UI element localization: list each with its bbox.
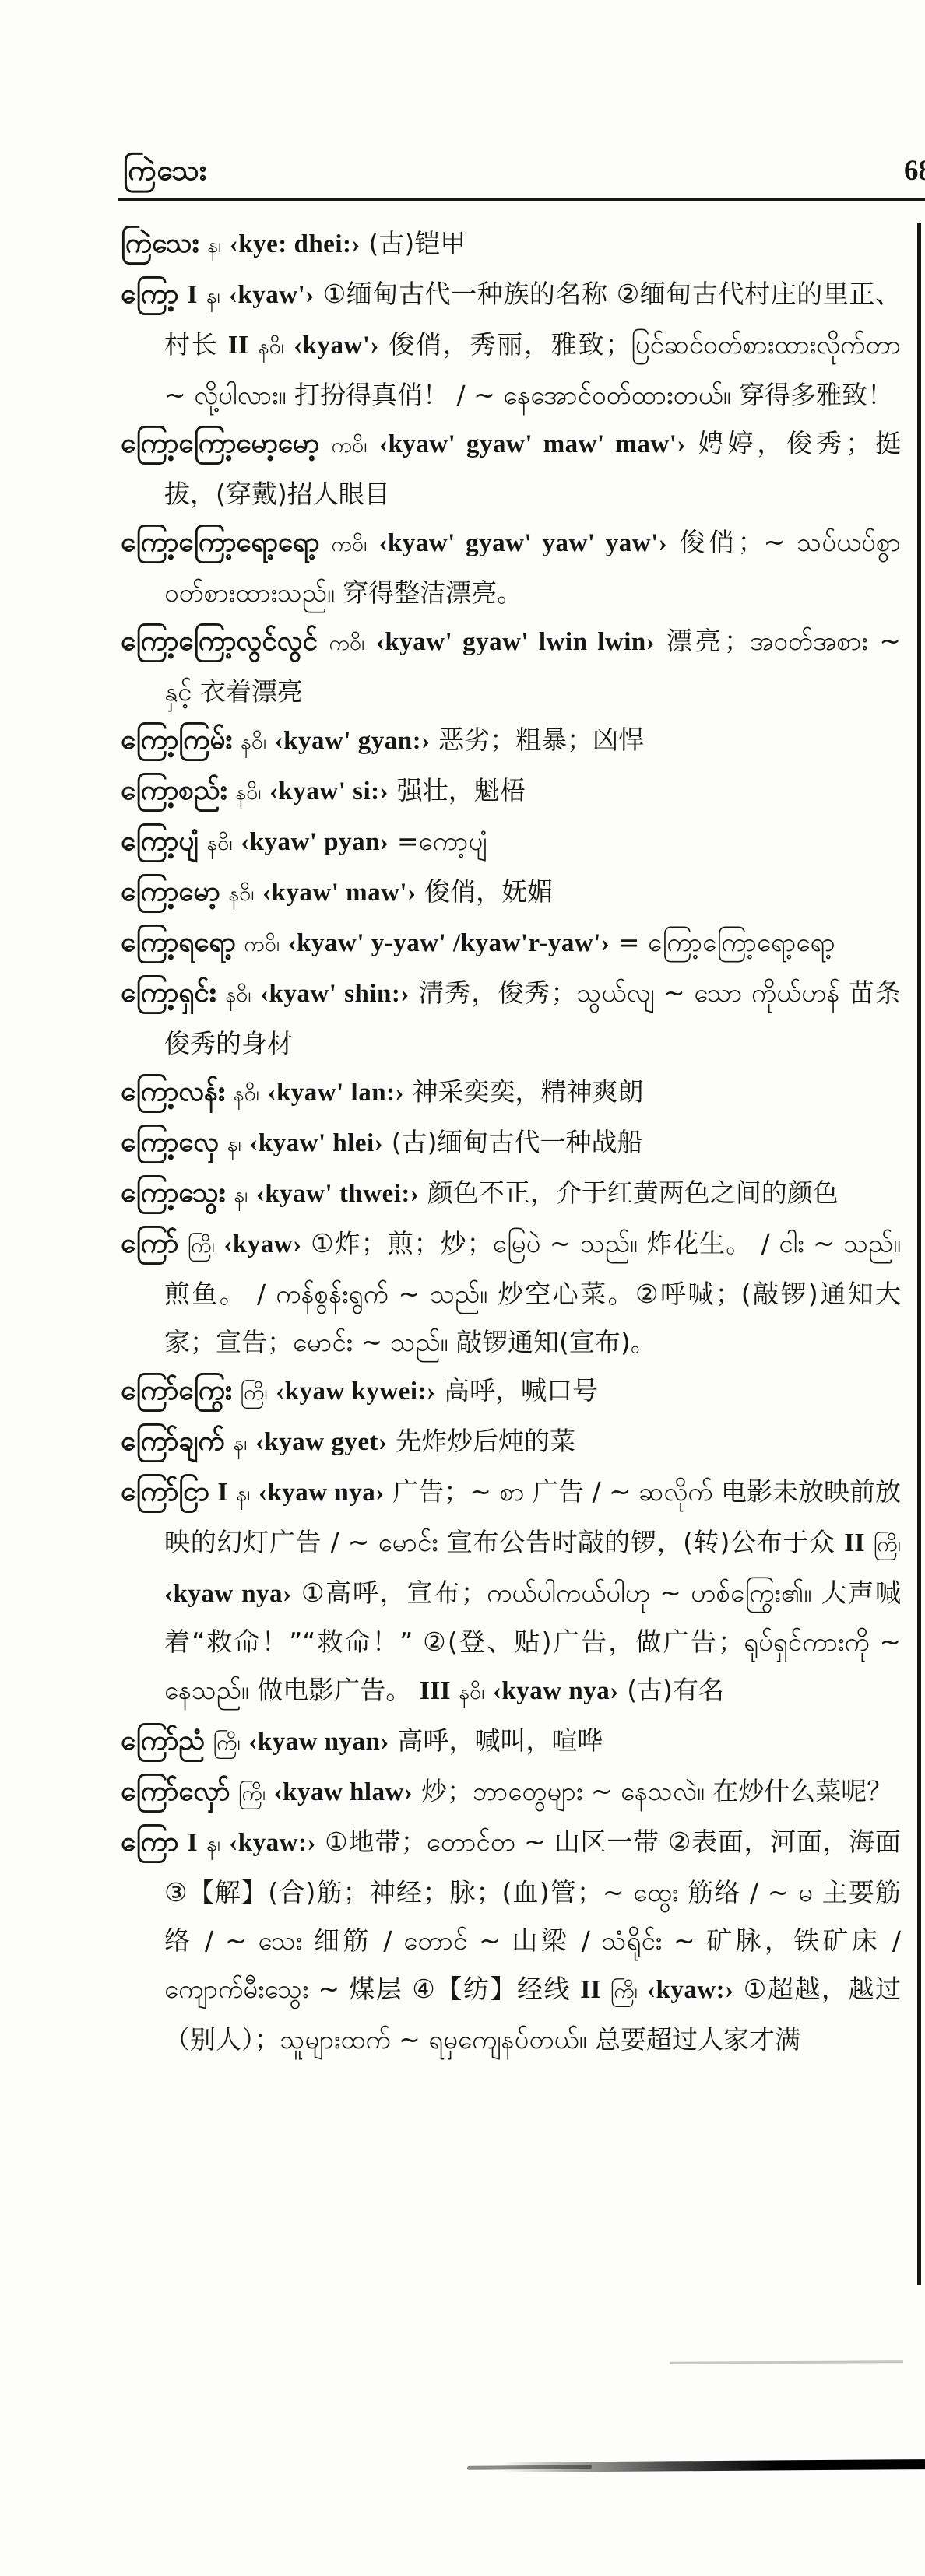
segment-hw: ကြော်ချက် [121,1426,225,1457]
segment-pos: ကြိ၊ [188,1234,215,1258]
dictionary-entry: ကြော့ကြမ်း နဝိ၊ ‹kyaw' gyan:› 恶劣；粗暴；凶悍 [121,716,901,767]
segment-def: 颜色不正，介于红黄两色之间的颜色 [427,1177,839,1208]
segment-pos: ကြိ၊ [213,1731,241,1755]
segment-pron: ‹kyaw:› [229,1829,316,1857]
smudge-mark [502,2459,925,2472]
segment-pron: ‹kyaw' maw'› [262,879,417,907]
segment-pos: န၊ [233,1431,247,1455]
scan-edge-line [917,223,921,2285]
segment-def: 神采奕奕，精神爽朗 [413,1076,644,1107]
segment-pron: ‹kyaw' gyaw' maw' maw'› [379,430,686,458]
segment-def: (古)有名 [627,1675,724,1705]
segment-def: 俊俏，妩媚 [424,876,553,907]
segment-pron: ‹kyaw' lan:› [267,1079,404,1107]
segment-hw: ကြော့သွေး [121,1177,226,1209]
segment-hw: ကြော့ [121,279,178,310]
segment-def: = ကြော့ကြော့ရော့ရော့ [618,927,835,957]
dictionary-entry: ကြော့ I န၊ ‹kyaw'› ①缅甸古代一种族的名称 ②缅甸古代村庄的里… [121,270,901,419]
segment-pron: ‹kyaw' shin:› [260,980,410,1008]
dictionary-entry: ကြော်လှော် ကြိ၊ ‹kyaw hlaw› 炒；ဘာတွေများ … [121,1767,901,1818]
dictionary-entry: ကြော်ညံ ကြိ၊ ‹kyaw nyan› 高呼，喊叫，喧哗 [121,1717,901,1767]
segment-pos: ကဝိ၊ [329,631,364,655]
segment-pos: ကြိ၊ [238,1781,266,1806]
segment-pron: ‹kyaw' si:› [269,777,389,805]
dictionary-entry: ကြော့ကြော့လွင်လွင် ကဝိ၊ ‹kyaw' gyaw' lwi… [121,617,901,716]
segment-num: II [228,331,248,360]
segment-pos: ကဝိ၊ [331,532,367,556]
segment-pron: ‹kye: dhei:› [230,230,361,258]
segment-pron: ‹kyaw' hlei› [249,1129,383,1157]
segment-hw: ကြော့ရှင်း [121,977,216,1009]
segment-pron: ‹kyaw' thwei:› [256,1180,420,1208]
segment-pron: ‹kyaw gyet› [255,1428,388,1456]
segment-hw: ကြော်ကြွေး [121,1375,232,1406]
segment-pron: ‹kyaw'› [294,332,379,360]
dictionary-entry: ကြော့ရှင်း နဝိ၊ ‹kyaw' shin:› 清秀，俊秀；သွယ်… [121,969,901,1068]
dictionary-entry: ကြော့စည်း နဝိ၊ ‹kyaw' si:› 强壮，魁梧 [121,767,901,817]
segment-def: (古)缅甸古代一种战船 [392,1127,643,1157]
dictionary-entry: ကြော့ပျံ နဝိ၊ ‹kyaw' pyan› =ကော့ပျံ [121,817,901,868]
segment-hw: ကြော့မော့ [121,876,220,907]
segment-pos: နဝိ၊ [459,1680,484,1704]
segment-pron: ‹kyaw'› [229,281,315,309]
segment-pos: န၊ [207,233,221,258]
dictionary-entry: ကြော် ကြိ၊ ‹kyaw› ①炸；煎；炒；မြေပဲ ~ သည်။ 炸花… [121,1220,901,1367]
guide-word: ကြဲသေး [123,153,207,195]
segment-pos: နဝိ၊ [206,831,232,855]
dictionary-entry: ကြဲသေး န၊ ‹kye: dhei:› (古)铠甲 [121,219,901,270]
dictionary-entry: ကြော့ကြော့ရော့ရော့ ကဝိ၊ ‹kyaw' gyaw' yaw… [121,518,901,617]
segment-hw: ကြော့ကြော့လွင်လွင် [121,626,318,657]
segment-def: 炒；ဘာတွေများ ~ နေသလဲ။ 在炒什么菜呢？ [421,1776,892,1806]
dictionary-entry: ကြော I န၊ ‹kyaw:› ①地带；တောင်တ ~ 山区一带 ②表面，… [121,1818,901,2064]
page-number: 68 [904,154,925,188]
segment-num: II [844,1528,864,1557]
segment-pron: ‹kyaw hlaw› [274,1778,413,1806]
segment-pos: နဝိ၊ [225,983,251,1007]
segment-pos: ကဝိ၊ [244,932,280,956]
segment-hw: ကြော [121,1827,178,1858]
segment-hw: ကြော်ငြာ [121,1476,209,1507]
segment-hw: ကြော့စည်း [121,775,227,806]
dictionary-entry: ကြော့လန်း နဝိ၊ ‹kyaw' lan:› 神采奕奕，精神爽朗 [121,1068,901,1118]
segment-pos: န၊ [206,284,220,308]
segment-pos: န၊ [234,1183,248,1207]
segment-hw: ကြော့ရရော့ [121,927,236,958]
segment-hw: ကြော့ကြမ်း [121,725,232,756]
segment-def: 高呼，喊叫，喧哗 [397,1725,603,1756]
dictionary-entry: ကြော်ကြွေး ကြိ၊ ‹kyaw kywei:› 高呼，喊口号 [121,1367,901,1417]
dictionary-entry: ကြော့လှေ န၊ ‹kyaw' hlei› (古)缅甸古代一种战船 [121,1118,901,1169]
segment-num: I [217,1478,227,1507]
entries: ကြဲသေး န၊ ‹kye: dhei:› (古)铠甲ကြော့ I န၊ ‹… [121,219,901,2064]
segment-hw: ကြော့လန်း [121,1076,225,1107]
segment-hw: ကြဲသေး [121,228,199,259]
segment-pron: ‹kyaw nyan› [248,1728,389,1756]
segment-def: 高呼，喊口号 [444,1375,598,1406]
segment-pron: ‹kyaw' gyaw' lwin lwin› [376,628,655,656]
segment-pos: န၊ [206,1832,220,1856]
segment-num: I [187,1828,197,1857]
dictionary-entry: ကြော့ကြော့မော့မော့ ကဝိ၊ ‹kyaw' gyaw' maw… [121,419,901,518]
segment-def: 强壮，魁梧 [397,775,526,805]
dictionary-entry: ကြော့ရရော့ ကဝိ၊ ‹kyaw' y-yaw' /kyaw'r-ya… [121,918,901,969]
segment-hw: ကြော့ကြော့ရော့ရော့ [121,527,319,558]
segment-pron: ‹kyaw kywei:› [276,1377,435,1406]
segment-pos: န၊ [236,1482,250,1506]
segment-pron: ‹kyaw' gyan:› [275,727,431,755]
segment-pos: ကြိ၊ [610,1979,638,2003]
segment-hw: ကြော့ပျံ [121,826,199,857]
segment-pos: နဝိ၊ [258,335,283,359]
segment-pron: ‹kyaw' gyaw' yaw' yaw'› [378,529,667,557]
dictionary-entry: ကြော့မော့ နဝိ၊ ‹kyaw' maw'› 俊俏，妩媚 [121,868,901,918]
dictionary-entry: ကြော်ချက် န၊ ‹kyaw gyet› 先炸炒后炖的菜 [121,1417,901,1468]
segment-hw: ကြော် [121,1228,178,1259]
segment-pron: ‹kyaw' y-yaw' /kyaw'r-yaw'› [288,929,610,957]
segment-pron: ‹kyaw nya› [493,1677,619,1705]
segment-hw: ကြော်လှော် [121,1776,230,1807]
segment-pos: ကြိ၊ [240,1381,267,1405]
segment-hw: ကြော့ကြော့မော့မော့ [121,428,319,459]
segment-hw: ကြော့လှေ [121,1127,219,1158]
segment-pos: ကြိ၊ [874,1532,901,1556]
segment-pron: ‹kyaw› [223,1230,301,1258]
segment-def: (古)铠甲 [368,228,466,258]
segment-hw: ကြော်ညံ [121,1725,205,1757]
segment-pos: နဝိ၊ [234,1082,259,1106]
segment-pos: နဝိ၊ [241,730,266,754]
segment-pron: ‹kyaw' pyan› [241,828,389,856]
segment-num: I [187,280,197,309]
segment-num: III [420,1676,451,1705]
segment-def: =ကော့ပျံ [397,826,487,856]
segment-num: II [580,1975,600,2004]
segment-pron: ‹kyaw nya› [259,1479,385,1507]
segment-def: 恶劣；粗暴；凶悍 [438,725,644,755]
segment-pos: ကဝိ၊ [332,433,368,458]
dictionary-entry: ကြော်ငြာ I န၊ ‹kyaw nya› 广告；~ စာ 广告 / ~ … [121,1468,901,1717]
segment-def: 先炸炒后炖的菜 [396,1426,575,1456]
dictionary-page: ကြဲသေး 68 ကြဲသေး န၊ ‹kye: dhei:› (古)铠甲ကြ… [0,0,925,2576]
segment-pron: ‹kyaw nya› [164,1580,292,1608]
segment-pron: ‹kyaw:› [647,1976,734,2004]
page-header: ကြဲသေး 68 [123,153,925,199]
segment-pos: န၊ [227,1132,241,1156]
dictionary-entry: ကြော့သွေး န၊ ‹kyaw' thwei:› 颜色不正，介于红黄两色之… [121,1169,901,1220]
header-rule [118,198,925,201]
faint-streak [670,2360,903,2364]
segment-pos: နဝိ၊ [228,882,254,906]
segment-pos: နဝိ၊ [235,781,261,805]
